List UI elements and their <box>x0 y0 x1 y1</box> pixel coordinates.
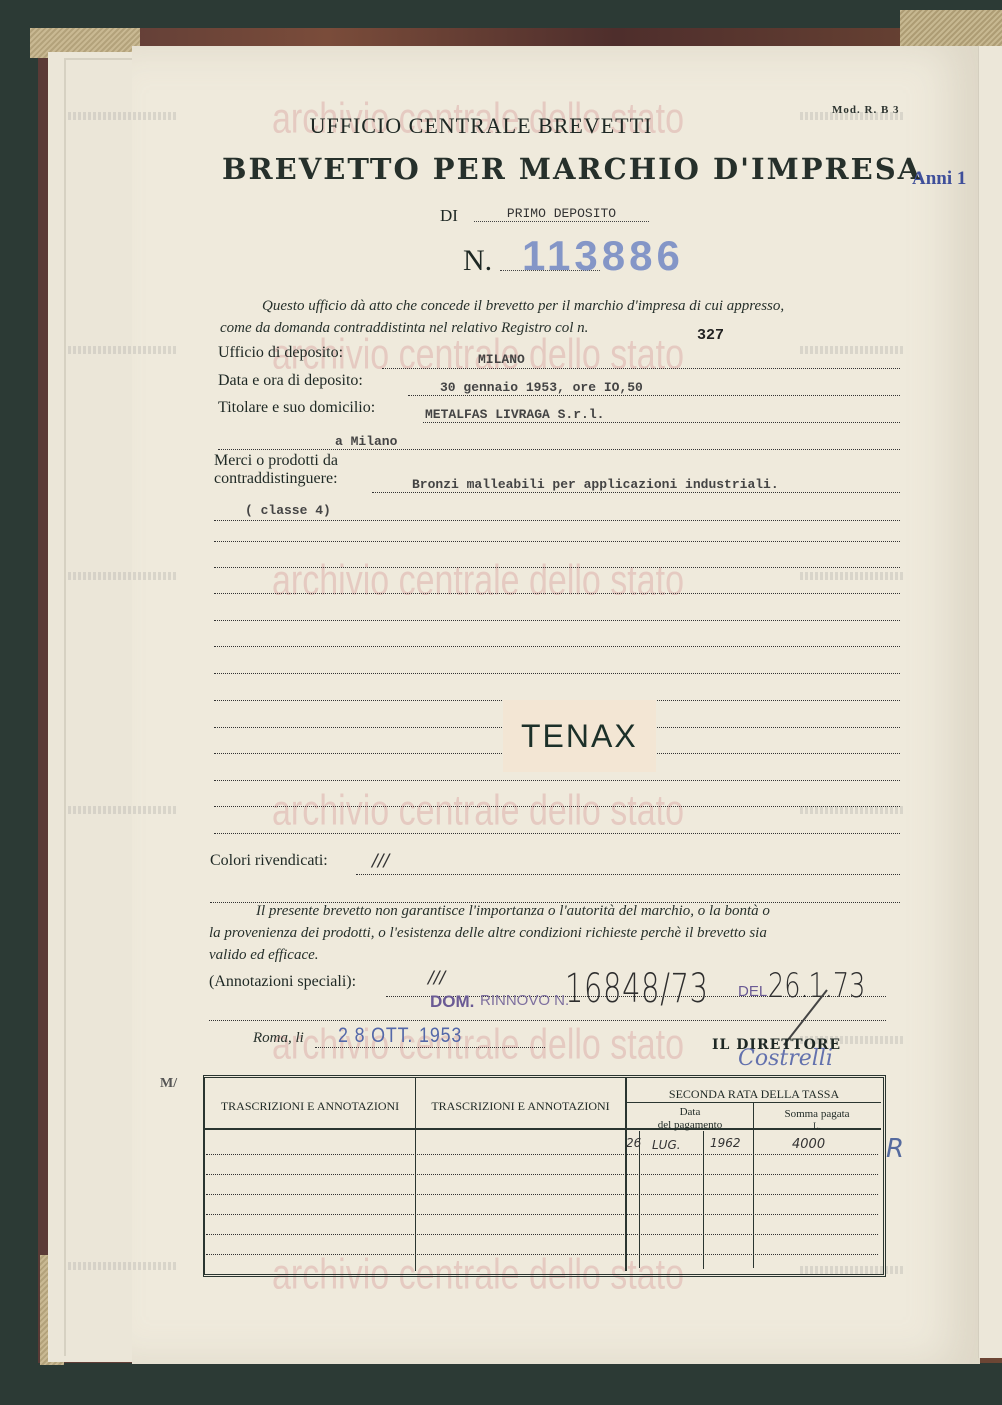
director-signature: Costrelli <box>738 1046 833 1071</box>
margin-mark: M/ <box>160 1076 177 1092</box>
table-header-col1: TRASCRIZIONI E ANNOTAZIONI <box>205 1099 415 1114</box>
table-header-sum: Somma pagata <box>754 1108 880 1120</box>
watermark-barcode <box>68 346 176 354</box>
renewal-stamp-del: DEL <box>738 983 767 1000</box>
ruled-line <box>214 646 900 647</box>
watermark-barcode <box>68 806 176 814</box>
table-row-line <box>206 1214 878 1215</box>
ruled-line <box>214 780 900 781</box>
ruled-line <box>214 541 900 542</box>
colori-label: Colori rivendicati: <box>210 852 328 870</box>
table-row-line <box>206 1154 878 1155</box>
colori-line <box>356 874 900 875</box>
table-row-line <box>206 1174 878 1175</box>
intro-line-2: come da domanda contraddistinta nel rela… <box>220 320 588 337</box>
disclaimer-line-1: Il presente brevetto non garantisce l'im… <box>256 903 770 920</box>
renewal-stamp-rinnovo: RINNOVO N. <box>480 992 569 1009</box>
table-divider <box>627 1102 881 1103</box>
table-header-date-2: del pagamento <box>627 1119 753 1131</box>
date-stamp: 2 8 OTT. 1953 <box>338 1024 462 1048</box>
watermark-barcode <box>800 572 905 580</box>
merci-label-1: Merci o prodotti da <box>214 452 338 470</box>
watermark: archivio centrale dello stato <box>272 557 684 606</box>
office-name: UFFICIO CENTRALE BREVETTI <box>310 113 653 138</box>
merci-line-2 <box>214 520 900 521</box>
di-value: PRIMO DEPOSITO <box>474 206 649 222</box>
payment-day: 26 <box>626 1136 641 1150</box>
table-divider <box>703 1131 704 1269</box>
trademark-text: TENAX <box>521 718 638 755</box>
binding-tape <box>900 10 1002 48</box>
watermark: archivio centrale dello stato <box>272 787 684 836</box>
back-leaves-edge <box>64 58 140 1356</box>
data-value: 30 gennaio 1953, ore IO,50 <box>440 380 643 395</box>
ruled-line <box>214 833 900 834</box>
data-line <box>408 395 900 396</box>
titolare-line-2 <box>218 449 900 450</box>
titolare-line <box>423 422 900 423</box>
disclaimer-line-3: valido ed efficace. <box>209 947 319 964</box>
watermark-barcode <box>68 1262 176 1270</box>
next-page-edge <box>978 46 1002 1358</box>
titolare-value: METALFAS LIVRAGA S.r.l. <box>425 407 604 422</box>
di-label: DI <box>440 206 458 226</box>
colori-value: /// <box>372 851 389 871</box>
table-divider <box>639 1131 640 1268</box>
renewal-number: 16848/73 <box>565 966 709 1012</box>
payment-year: 1962 <box>710 1136 741 1150</box>
ruled-line <box>214 593 900 594</box>
watermark-barcode <box>68 572 176 580</box>
registro-number: 327 <box>697 327 724 344</box>
place-label: Roma, li <box>253 1030 304 1047</box>
ruled-line <box>214 673 900 674</box>
table-row-line <box>206 1194 878 1195</box>
office-heading: UFFICIO CENTRALE BREVETTI <box>0 113 1002 139</box>
number-label: N. <box>463 244 492 278</box>
ufficio-line <box>382 368 900 369</box>
table-header-col2: TRASCRIZIONI E ANNOTAZIONI <box>416 1099 625 1114</box>
ruled-line <box>214 567 900 568</box>
watermark: archivio centrale dello stato <box>272 1021 684 1070</box>
annotazioni-label: (Annotazioni speciali): <box>209 973 356 991</box>
payment-amount: 4000 <box>792 1137 825 1152</box>
data-label: Data e ora di deposito: <box>218 372 363 390</box>
side-stamp: Anni 1 <box>912 168 966 190</box>
table-header-sum-unit: L. <box>754 1121 880 1131</box>
watermark-barcode <box>800 806 905 814</box>
patent-number-stamp: 113886 <box>522 232 684 280</box>
ruled-line <box>214 620 900 621</box>
merci-value: Bronzi malleabili per applicazioni indus… <box>412 477 779 492</box>
payment-month: LUG. <box>652 1138 681 1152</box>
watermark-barcode <box>800 346 905 354</box>
table-row-line <box>206 1254 878 1255</box>
titolare-value-2: a Milano <box>335 434 397 449</box>
document-title: BREVETTO PER MARCHIO D'IMPRESA <box>222 152 922 186</box>
annotazioni-value: /// <box>428 968 445 988</box>
ruled-line <box>209 1020 886 1021</box>
merci-value-2: ( classe 4) <box>245 503 331 518</box>
merci-label-2: contraddistinguere: <box>214 470 338 488</box>
table-header-date-1: Data <box>627 1106 753 1118</box>
ufficio-label: Ufficio di deposito: <box>218 344 343 362</box>
merci-line <box>372 492 900 493</box>
table-row-line <box>206 1234 878 1235</box>
disclaimer-line-2: la provenienza dei prodotti, o l'esisten… <box>209 925 767 942</box>
ufficio-value: MILANO <box>478 352 525 367</box>
intro-line-1: Questo ufficio dà atto che concede il br… <box>262 298 784 315</box>
renewal-stamp-dom: DOM. <box>430 992 474 1012</box>
margin-initial: R <box>886 1134 904 1164</box>
table-header-group: SECONDA RATA DELLA TASSA <box>627 1087 881 1102</box>
titolare-label: Titolare e suo domicilio: <box>218 399 375 417</box>
ruled-line <box>214 806 900 807</box>
